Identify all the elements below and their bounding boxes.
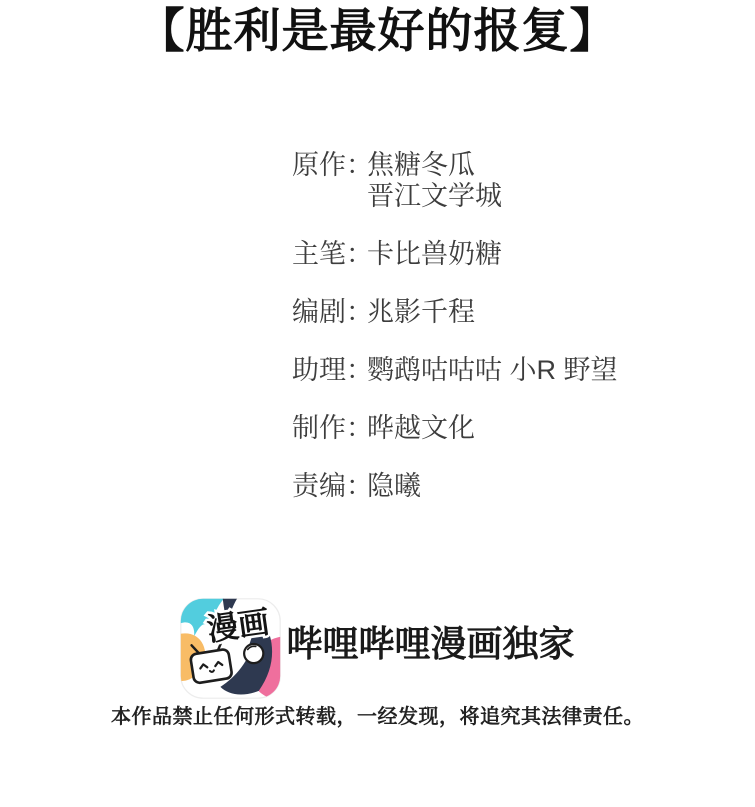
page-title: 【胜利是最好的报复】: [0, 2, 755, 62]
credit-role: 编剧：: [292, 297, 367, 328]
credit-name-line: 晔越文化: [367, 413, 475, 444]
credit-names: 兆影千程: [367, 297, 475, 328]
brand-exclusive-label: 哔哩哔哩漫画独家: [286, 616, 574, 667]
credit-names: 隐曦: [367, 471, 421, 502]
manga-credits-page: 【胜利是最好的报复】 原作： 焦糖冬瓜晋江文学城 主笔： 卡比兽奶糖 编剧： 兆…: [0, 0, 755, 807]
credit-role: 责编：: [292, 471, 367, 502]
credit-row: 制作： 晔越文化: [292, 413, 618, 444]
credit-row: 主笔： 卡比兽奶糖: [292, 239, 618, 270]
copyright-disclaimer: 本作品禁止任何形式转载，一经发现，将追究其法律责任。: [0, 700, 755, 729]
credit-row: 助理： 鹦鹉咕咕咕 小R 野望: [292, 355, 618, 386]
credit-name-line: 鹦鹉咕咕咕 小R 野望: [367, 355, 618, 386]
credit-names: 卡比兽奶糖: [367, 239, 502, 270]
credit-role: 主笔：: [292, 239, 367, 270]
brand-row: 漫画 哔哩哔哩漫画独家: [0, 598, 755, 699]
bilibili-manga-app-icon: 漫画: [180, 598, 281, 699]
credits-list: 原作： 焦糖冬瓜晋江文学城 主笔： 卡比兽奶糖 编剧： 兆影千程 助理： 鹦鹉咕…: [292, 150, 618, 529]
credit-row: 责编： 隐曦: [292, 471, 618, 502]
credit-name-line: 晋江文学城: [367, 181, 502, 212]
credit-names: 鹦鹉咕咕咕 小R 野望: [367, 355, 618, 386]
credit-name-line: 隐曦: [367, 471, 421, 502]
credit-role: 助理：: [292, 355, 367, 386]
credit-name-line: 兆影千程: [367, 297, 475, 328]
credit-names: 焦糖冬瓜晋江文学城: [367, 150, 502, 212]
credit-name-line: 卡比兽奶糖: [367, 239, 502, 270]
credit-role: 原作：: [292, 150, 367, 181]
credit-row: 编剧： 兆影千程: [292, 297, 618, 328]
credit-names: 晔越文化: [367, 413, 475, 444]
credit-name-line: 焦糖冬瓜: [367, 150, 502, 181]
credit-row: 原作： 焦糖冬瓜晋江文学城: [292, 150, 618, 212]
credit-role: 制作：: [292, 413, 367, 444]
